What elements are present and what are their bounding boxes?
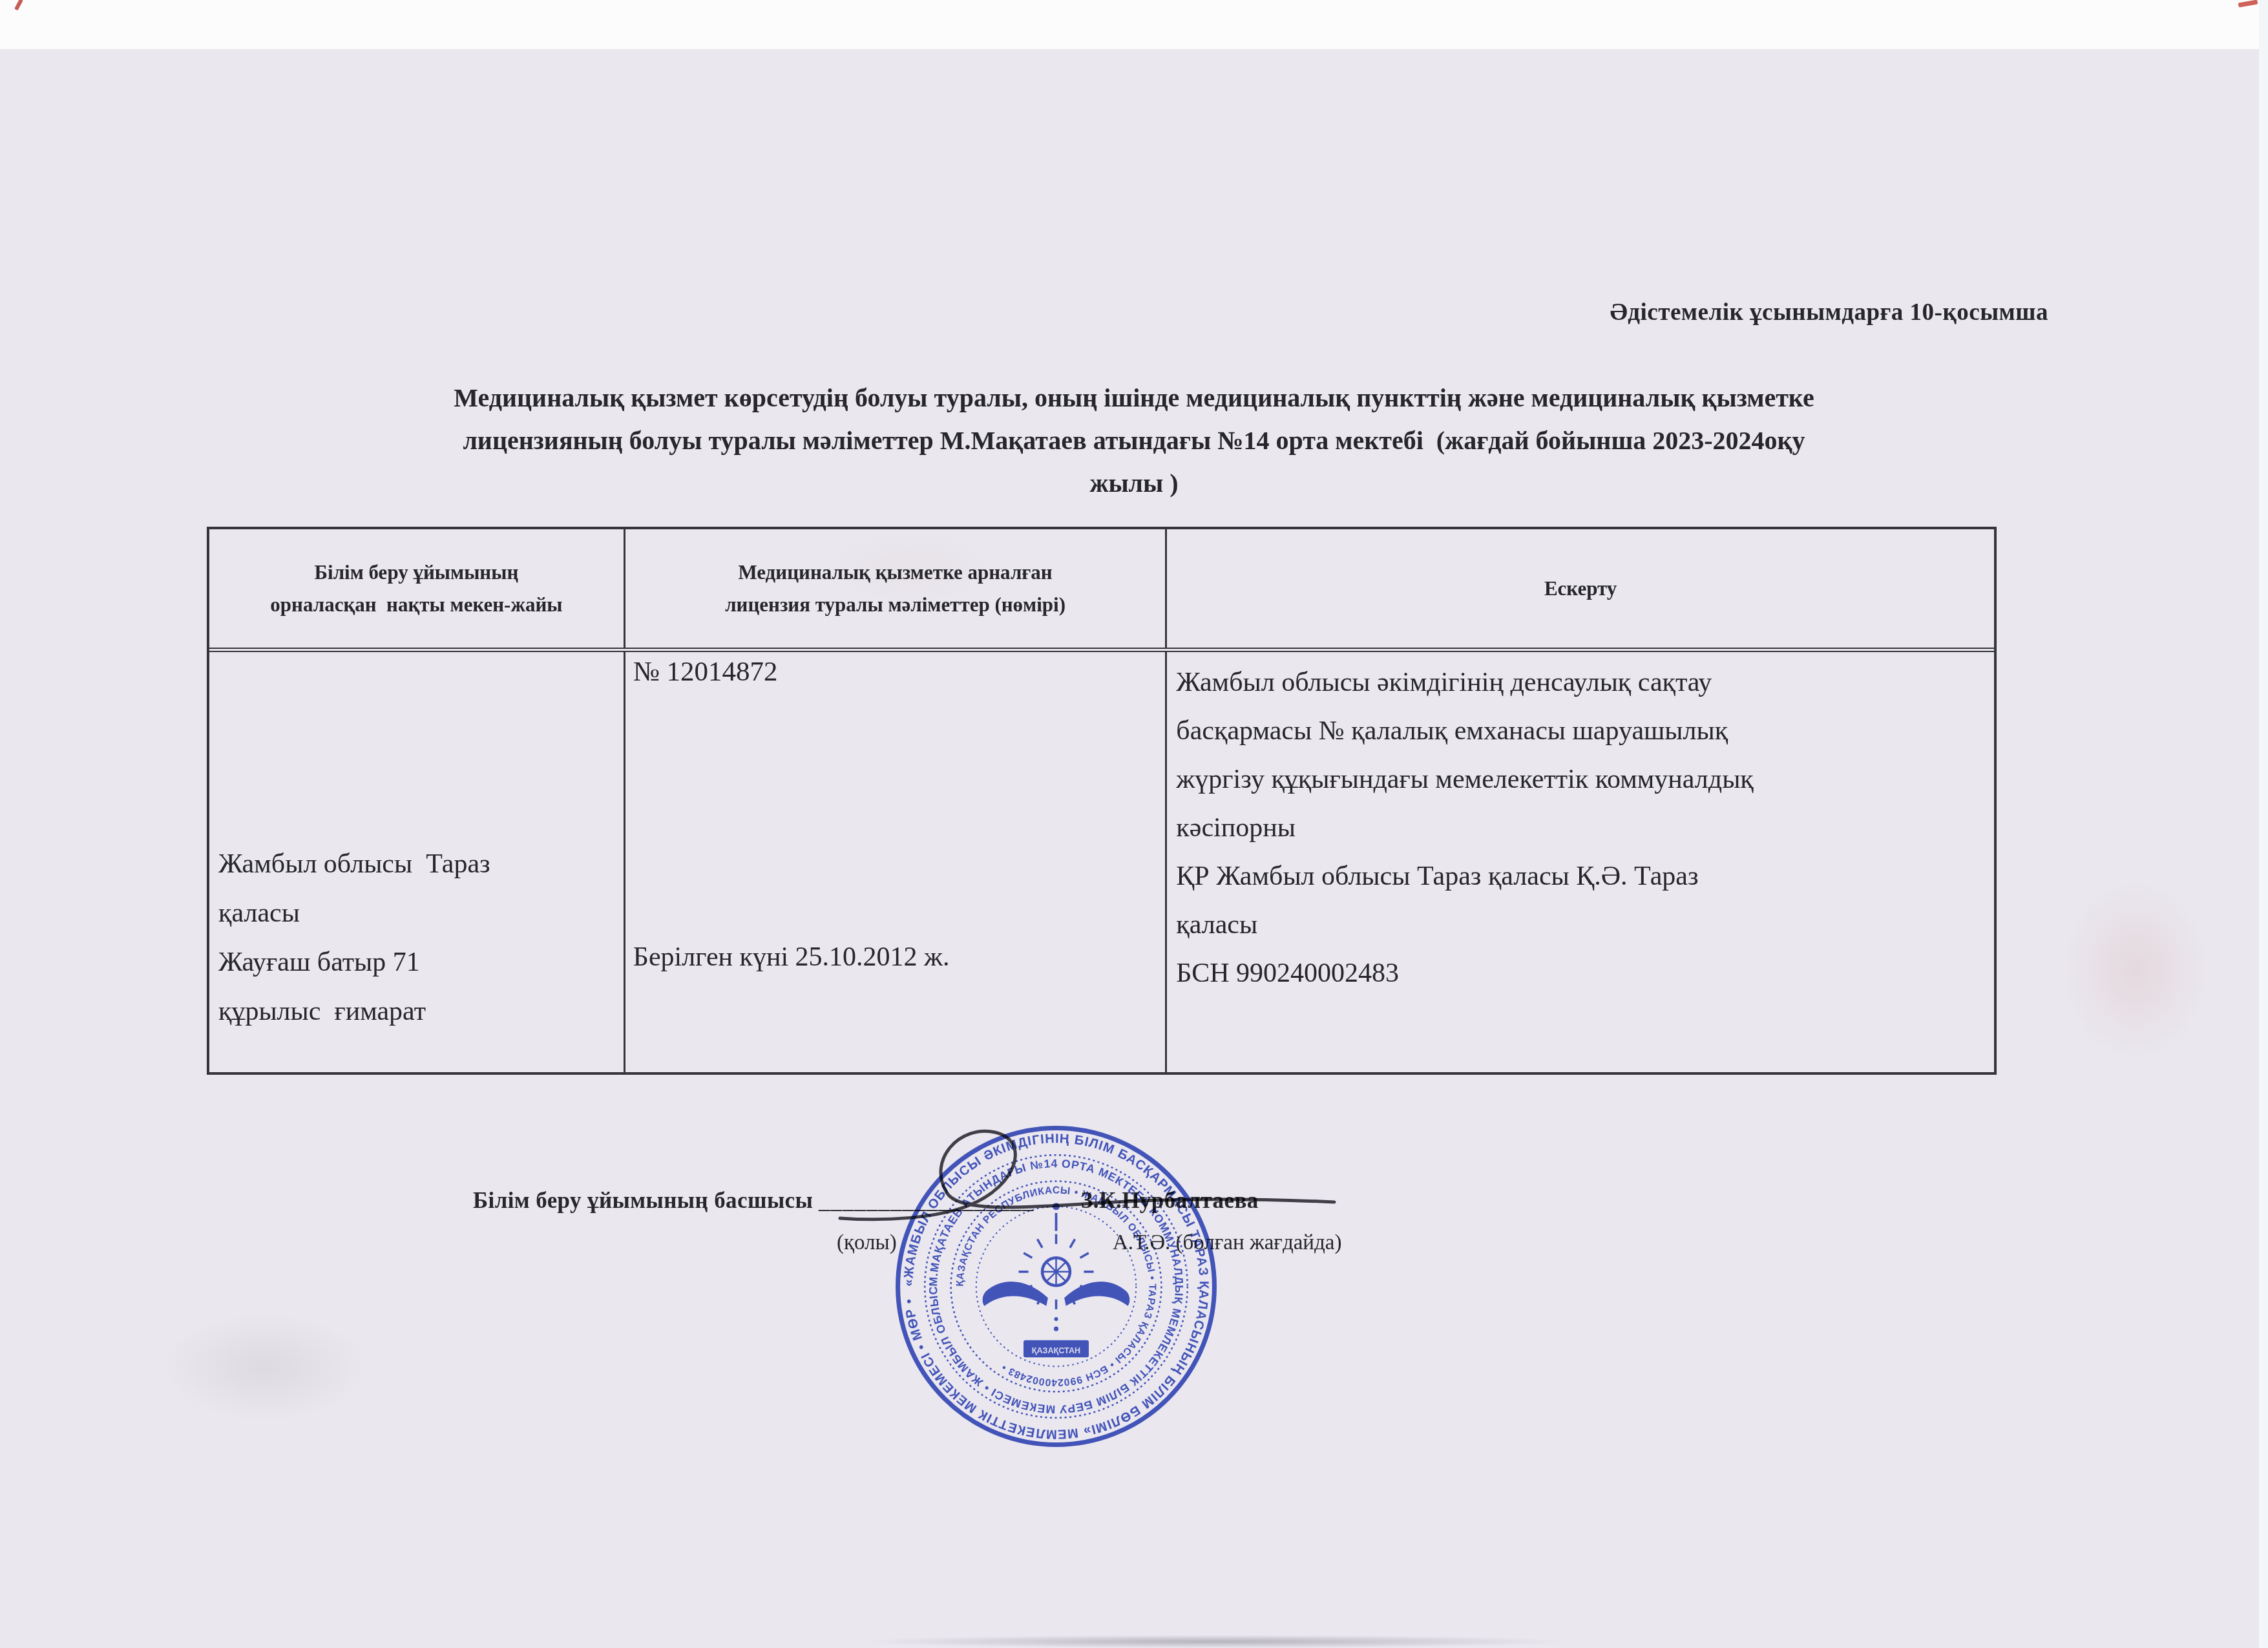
document-page: Әдістемелік ұсынымдарға 10-қосымша Медиц… — [0, 0, 2268, 1648]
address-text: Жамбыл облысы ТаразқаласыЖауғаш батыр 71… — [218, 840, 490, 1036]
official-stamp: «ЖАМБЫЛ ОБЛЫСЫ ӘКІМДІГІНІҢ БІЛІМ БАСҚАРМ… — [893, 1123, 1219, 1450]
scan-edge-right — [2259, 0, 2268, 1648]
document-title: Медициналық қызмет көрсетудің болуы тура… — [116, 377, 2152, 505]
scan-smudge-gray — [162, 1312, 368, 1422]
license-issue-date: Берілген күні 25.10.2012 ж. — [633, 942, 950, 973]
cell-address: Жамбыл облысы ТаразқаласыЖауғаш батыр 71… — [209, 652, 625, 1072]
cell-note: Жамбыл облысы әкімдігінің денсаулық сақт… — [1167, 652, 1994, 1072]
column-header-license: Медициналық қызметке арналғанлицензия ту… — [625, 529, 1167, 648]
info-table: Білім беру ұйымыныңорналасқан нақты меке… — [207, 527, 1997, 1075]
scan-smudge-pink — [2061, 879, 2210, 1060]
appendix-note: Әдістемелік ұсынымдарға 10-қосымша — [1610, 299, 2048, 326]
column-header-note: Ескерту — [1167, 529, 1994, 648]
emblem-shanyrak-cross — [1042, 1258, 1070, 1285]
cell-license: № 12014872 Берілген күні 25.10.2012 ж. — [625, 652, 1167, 1072]
emblem-dot-1 — [1054, 1317, 1058, 1321]
table-header-row: Білім беру ұйымыныңорналасқан нақты меке… — [209, 529, 1994, 652]
emblem-dot-2 — [1054, 1327, 1058, 1331]
table-body-row: Жамбыл облысы ТаразқаласыЖауғаш батыр 71… — [209, 652, 1994, 1072]
stamp-emblem: ҚАЗАҚСТАН — [983, 1203, 1130, 1357]
emblem-banner-label: ҚАЗАҚСТАН — [1032, 1346, 1080, 1355]
license-number: № 12014872 — [633, 656, 778, 688]
column-header-address: Білім беру ұйымыныңорналасқан нақты меке… — [209, 529, 625, 648]
emblem-star — [1053, 1203, 1060, 1210]
note-text: Жамбыл облысы әкімдігінің денсаулық сақт… — [1176, 659, 1753, 998]
scan-edge-top — [0, 0, 2268, 49]
scan-edge-bottom — [866, 1635, 1564, 1648]
